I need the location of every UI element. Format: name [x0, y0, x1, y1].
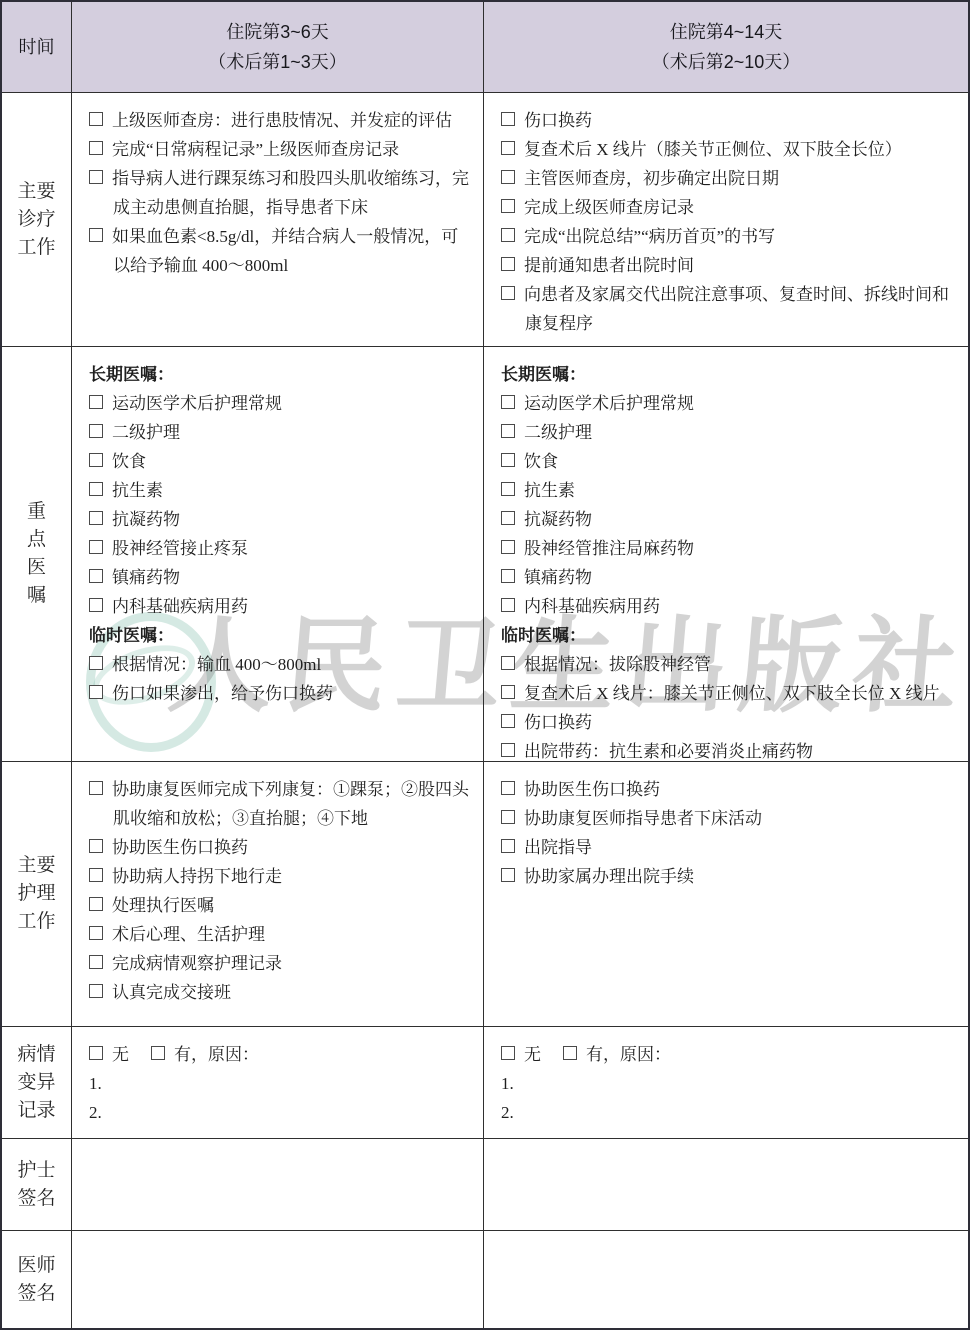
- checkbox-icon[interactable]: [501, 781, 515, 795]
- cell-nurse-signature-day3-6: [72, 1139, 484, 1231]
- checklist-item-segment: 复查术后 X 线片（膝关节正侧位、双下肢全长位）: [501, 140, 902, 159]
- cell-orders-day4-14: 长期医嘱：运动医学术后护理常规二级护理饮食抗生素抗凝药物股神经管推注局麻药物镇痛…: [484, 347, 968, 762]
- checklist-item: 协助康复医师指导患者下床活动: [501, 804, 960, 833]
- checkbox-icon[interactable]: [89, 685, 103, 699]
- checkbox-icon[interactable]: [89, 540, 103, 554]
- checklist-item: 2.: [89, 1098, 475, 1127]
- checklist-item: 协助家属办理出院手续: [501, 862, 960, 891]
- checklist-item-segment: 镇痛药物: [89, 568, 180, 587]
- checkbox-icon[interactable]: [501, 714, 515, 728]
- checkbox-icon[interactable]: [89, 656, 103, 670]
- checklist-item: 上级医师查房：进行患肢情况、并发症的评估: [89, 106, 475, 135]
- order-group-heading: 临时医嘱：: [89, 621, 475, 650]
- row-label-orders: 重 点 医 嘱: [2, 347, 72, 762]
- checklist-item: 如果血色素<8.5g/dl，并结合病人一般情况，可以给予输血 400～800ml: [89, 222, 475, 280]
- checklist-item-segment: 协助病人持拐下地行走: [89, 867, 282, 886]
- checkbox-icon[interactable]: [501, 511, 515, 525]
- checklist-item-segment: 临时医嘱：: [89, 626, 174, 645]
- checklist-item: 协助医生伤口换药: [501, 775, 960, 804]
- checklist-item: 1.: [89, 1069, 475, 1098]
- cell-nurse-signature-day4-14: [484, 1139, 968, 1231]
- checklist-item: 根据情况：输血 400～800ml: [89, 650, 475, 679]
- row-label-doctor-signature: 医师 签名: [2, 1231, 72, 1328]
- checklist-item: 无有，原因：: [89, 1040, 475, 1069]
- checkbox-icon[interactable]: [501, 453, 515, 467]
- checkbox-icon[interactable]: [89, 228, 103, 242]
- checklist-item-segment: 内科基础疾病用药: [89, 597, 248, 616]
- checklist-item: 完成上级医师查房记录: [501, 193, 960, 222]
- checklist-item-segment: 术后心理、生活护理: [89, 925, 265, 944]
- checkbox-icon[interactable]: [89, 141, 103, 155]
- checkbox-icon[interactable]: [501, 569, 515, 583]
- checklist-item-segment: 运动医学术后护理常规: [89, 394, 282, 413]
- checkbox-icon[interactable]: [501, 1046, 515, 1060]
- checklist-item-segment: 指导病人进行踝泵练习和股四头肌收缩练习，完成主动患侧直抬腿，指导患者下床: [89, 169, 469, 217]
- checklist-item-segment: 认真完成交接班: [89, 983, 231, 1002]
- checkbox-icon[interactable]: [501, 685, 515, 699]
- checklist-item-segment: 伤口换药: [501, 713, 592, 732]
- checkbox-icon[interactable]: [89, 569, 103, 583]
- checklist-item: 饮食: [501, 447, 960, 476]
- checklist-item-segment: 如果血色素<8.5g/dl，并结合病人一般情况，可以给予输血 400～800ml: [89, 227, 458, 275]
- checkbox-icon[interactable]: [89, 598, 103, 612]
- checklist-item: 提前通知患者出院时间: [501, 251, 960, 280]
- order-group-heading: 长期医嘱：: [89, 360, 475, 389]
- cell-variation-day3-6: 无有，原因：1.2.: [72, 1027, 484, 1139]
- checkbox-icon[interactable]: [501, 656, 515, 670]
- checkbox-icon[interactable]: [89, 1046, 103, 1060]
- cell-treatment-day3-6: 上级医师查房：进行患肢情况、并发症的评估完成“日常病程记录”上级医师查房记录指导…: [72, 93, 484, 347]
- checklist-item-segment: 1.: [501, 1074, 514, 1093]
- checklist-item: 运动医学术后护理常规: [89, 389, 475, 418]
- checklist-item: 完成“出院总结”“病历首页”的书写: [501, 222, 960, 251]
- checkbox-icon[interactable]: [501, 868, 515, 882]
- checklist-item-segment: 长期医嘱：: [89, 365, 174, 384]
- checklist-item-segment: 饮食: [501, 452, 558, 471]
- checklist-item: 认真完成交接班: [89, 978, 475, 1007]
- checklist-item: 完成病情观察护理记录: [89, 949, 475, 978]
- checklist-item: 1.: [501, 1069, 960, 1098]
- checkbox-icon[interactable]: [501, 482, 515, 496]
- cell-treatment-day4-14: 伤口换药复查术后 X 线片（膝关节正侧位、双下肢全长位）主管医师查房，初步确定出…: [484, 93, 968, 347]
- row-label-treatment: 主要 诊疗 工作: [2, 93, 72, 347]
- checkbox-icon[interactable]: [89, 868, 103, 882]
- checklist-item-segment: 出院带药：抗生素和必要消炎止痛药物: [501, 742, 813, 761]
- checkbox-icon[interactable]: [501, 598, 515, 612]
- checklist-item-segment: 二级护理: [501, 423, 592, 442]
- checklist-item: 二级护理: [501, 418, 960, 447]
- checkbox-icon[interactable]: [89, 984, 103, 998]
- checklist-item-segment: 协助家属办理出院手续: [501, 867, 694, 886]
- checkbox-icon[interactable]: [501, 810, 515, 824]
- checklist-item-segment: 根据情况：拔除股神经管: [501, 655, 711, 674]
- checklist-item-segment: 无: [89, 1045, 129, 1064]
- checklist-item: 股神经管推注局麻药物: [501, 534, 960, 563]
- checklist-item-segment: 有，原因：: [563, 1045, 671, 1064]
- checklist-item: 饮食: [89, 447, 475, 476]
- checklist-item-segment: 运动医学术后护理常规: [501, 394, 694, 413]
- checklist-item: 运动医学术后护理常规: [501, 389, 960, 418]
- checklist-item-segment: 股神经管接止疼泵: [89, 539, 248, 558]
- checklist-item-segment: 协助康复医师完成下列康复：①踝泵；②股四头肌收缩和放松；③直抬腿；④下地: [89, 780, 469, 828]
- checklist-item: 完成“日常病程记录”上级医师查房记录: [89, 135, 475, 164]
- row-label-nursing: 主要 护理 工作: [2, 762, 72, 1027]
- checklist-item-segment: 完成“日常病程记录”上级医师查房记录: [89, 140, 399, 159]
- checklist-item-segment: 协助康复医师指导患者下床活动: [501, 809, 762, 828]
- checklist-item-segment: 主管医师查房，初步确定出院日期: [501, 169, 779, 188]
- checklist-item: 向患者及家属交代出院注意事项、复查时间、拆线时间和康复程序: [501, 280, 960, 338]
- cell-nursing-day3-6: 协助康复医师完成下列康复：①踝泵；②股四头肌收缩和放松；③直抬腿；④下地协助医生…: [72, 762, 484, 1027]
- checkbox-icon[interactable]: [501, 424, 515, 438]
- checkbox-icon[interactable]: [501, 112, 515, 126]
- header-time: 时间: [2, 2, 72, 93]
- checkbox-icon[interactable]: [501, 395, 515, 409]
- order-group-heading: 临时医嘱：: [501, 621, 960, 650]
- checklist-item: 复查术后 X 线片：膝关节正侧位、双下肢全长位 X 线片: [501, 679, 960, 708]
- checklist-item-segment: 2.: [89, 1103, 102, 1122]
- checkbox-icon[interactable]: [501, 257, 515, 271]
- checklist-item: 出院指导: [501, 833, 960, 862]
- cell-variation-day4-14: 无有，原因：1.2.: [484, 1027, 968, 1139]
- checklist-item-segment: 出院指导: [501, 838, 592, 857]
- checklist-item-segment: 股神经管推注局麻药物: [501, 539, 694, 558]
- checkbox-icon[interactable]: [501, 141, 515, 155]
- checkbox-icon[interactable]: [89, 170, 103, 184]
- checklist-item-segment: 抗凝药物: [501, 510, 592, 529]
- checklist-item: 协助病人持拐下地行走: [89, 862, 475, 891]
- checklist-item-segment: 临时医嘱：: [501, 626, 586, 645]
- checklist-item-segment: 无: [501, 1045, 541, 1064]
- checklist-item: 伤口换药: [501, 106, 960, 135]
- checklist-item: 复查术后 X 线片（膝关节正侧位、双下肢全长位）: [501, 135, 960, 164]
- checkbox-icon[interactable]: [89, 453, 103, 467]
- checklist-item: 无有，原因：: [501, 1040, 960, 1069]
- checkbox-icon[interactable]: [89, 926, 103, 940]
- header-col-day3-6: 住院第3~6天 （术后第1~3天）: [72, 2, 484, 93]
- checklist-item: 协助康复医师完成下列康复：①踝泵；②股四头肌收缩和放松；③直抬腿；④下地: [89, 775, 475, 833]
- checklist-item: 主管医师查房，初步确定出院日期: [501, 164, 960, 193]
- checklist-item-segment: 处理执行医嘱: [89, 896, 214, 915]
- checklist-item-segment: 抗生素: [501, 481, 575, 500]
- checklist-item: 镇痛药物: [501, 563, 960, 592]
- checklist-item: 抗生素: [501, 476, 960, 505]
- checkbox-icon[interactable]: [563, 1046, 577, 1060]
- checklist-item: 抗凝药物: [89, 505, 475, 534]
- checkbox-icon[interactable]: [151, 1046, 165, 1060]
- checklist-item-segment: 复查术后 X 线片：膝关节正侧位、双下肢全长位 X 线片: [501, 684, 940, 703]
- checklist-item: 根据情况：拔除股神经管: [501, 650, 960, 679]
- checklist-item: 术后心理、生活护理: [89, 920, 475, 949]
- checklist-item: 伤口如果渗出，给予伤口换药: [89, 679, 475, 708]
- checkbox-icon[interactable]: [89, 511, 103, 525]
- checklist-item: 镇痛药物: [89, 563, 475, 592]
- checklist-item: 伤口换药: [501, 708, 960, 737]
- clinical-pathway-table-page: 人民卫生出版社 时间 住院第3~6天 （术后第1~3天） 住院第4~14天 （术…: [0, 0, 970, 1330]
- checkbox-icon[interactable]: [501, 228, 515, 242]
- checklist-item-segment: 抗生素: [89, 481, 163, 500]
- cell-orders-day3-6: 长期医嘱：运动医学术后护理常规二级护理饮食抗生素抗凝药物股神经管接止疼泵镇痛药物…: [72, 347, 484, 762]
- checklist-item-segment: 内科基础疾病用药: [501, 597, 660, 616]
- row-label-variation: 病情 变异 记录: [2, 1027, 72, 1139]
- checklist-item-segment: 完成上级医师查房记录: [501, 198, 694, 217]
- checkbox-icon[interactable]: [89, 424, 103, 438]
- checkbox-icon[interactable]: [501, 743, 515, 757]
- checklist-item-segment: 伤口换药: [501, 111, 592, 130]
- checklist-item: 2.: [501, 1098, 960, 1127]
- checklist-item: 抗生素: [89, 476, 475, 505]
- checklist-item-segment: 抗凝药物: [89, 510, 180, 529]
- row-label-nurse-signature: 护士 签名: [2, 1139, 72, 1231]
- checklist-item-segment: 二级护理: [89, 423, 180, 442]
- checklist-item-segment: 饮食: [89, 452, 146, 471]
- checkbox-icon[interactable]: [89, 482, 103, 496]
- checklist-item-segment: 伤口如果渗出，给予伤口换药: [89, 684, 333, 703]
- cell-nursing-day4-14: 协助医生伤口换药协助康复医师指导患者下床活动出院指导协助家属办理出院手续: [484, 762, 968, 1027]
- checkbox-icon[interactable]: [501, 170, 515, 184]
- checklist-item-segment: 2.: [501, 1103, 514, 1122]
- checkbox-icon[interactable]: [501, 839, 515, 853]
- order-group-heading: 长期医嘱：: [501, 360, 960, 389]
- checklist-item-segment: 协助医生伤口换药: [89, 838, 248, 857]
- checkbox-icon[interactable]: [89, 897, 103, 911]
- checklist-item: 二级护理: [89, 418, 475, 447]
- checklist-item-segment: 完成“出院总结”“病历首页”的书写: [501, 227, 775, 246]
- checklist-item-segment: 长期医嘱：: [501, 365, 586, 384]
- checklist-item-segment: 提前通知患者出院时间: [501, 256, 694, 275]
- checklist-item-segment: 协助医生伤口换药: [501, 780, 660, 799]
- checklist-item: 内科基础疾病用药: [89, 592, 475, 621]
- checkbox-icon[interactable]: [89, 395, 103, 409]
- checkbox-icon[interactable]: [501, 199, 515, 213]
- checklist-item: 抗凝药物: [501, 505, 960, 534]
- checklist-item: 指导病人进行踝泵练习和股四头肌收缩练习，完成主动患侧直抬腿，指导患者下床: [89, 164, 475, 222]
- pathway-table: 时间 住院第3~6天 （术后第1~3天） 住院第4~14天 （术后第2~10天）…: [0, 0, 970, 1330]
- checkbox-icon[interactable]: [501, 286, 515, 300]
- checklist-item-segment: 向患者及家属交代出院注意事项、复查时间、拆线时间和康复程序: [501, 285, 949, 333]
- checklist-item: 股神经管接止疼泵: [89, 534, 475, 563]
- checklist-item-segment: 根据情况：输血 400～800ml: [89, 655, 321, 674]
- checklist-item: 协助医生伤口换药: [89, 833, 475, 862]
- header-col-day4-14: 住院第4~14天 （术后第2~10天）: [484, 2, 968, 93]
- checklist-item: 处理执行医嘱: [89, 891, 475, 920]
- checkbox-icon[interactable]: [89, 839, 103, 853]
- checklist-item-segment: 镇痛药物: [501, 568, 592, 587]
- checklist-item: 内科基础疾病用药: [501, 592, 960, 621]
- checklist-item-segment: 完成病情观察护理记录: [89, 954, 282, 973]
- checkbox-icon[interactable]: [501, 540, 515, 554]
- checklist-item-segment: 有，原因：: [151, 1045, 259, 1064]
- checklist-item-segment: 上级医师查房：进行患肢情况、并发症的评估: [89, 111, 452, 130]
- cell-doctor-signature-day4-14: [484, 1231, 968, 1328]
- checkbox-icon[interactable]: [89, 955, 103, 969]
- checkbox-icon[interactable]: [89, 781, 103, 795]
- cell-doctor-signature-day3-6: [72, 1231, 484, 1328]
- checklist-item-segment: 1.: [89, 1074, 102, 1093]
- checkbox-icon[interactable]: [89, 112, 103, 126]
